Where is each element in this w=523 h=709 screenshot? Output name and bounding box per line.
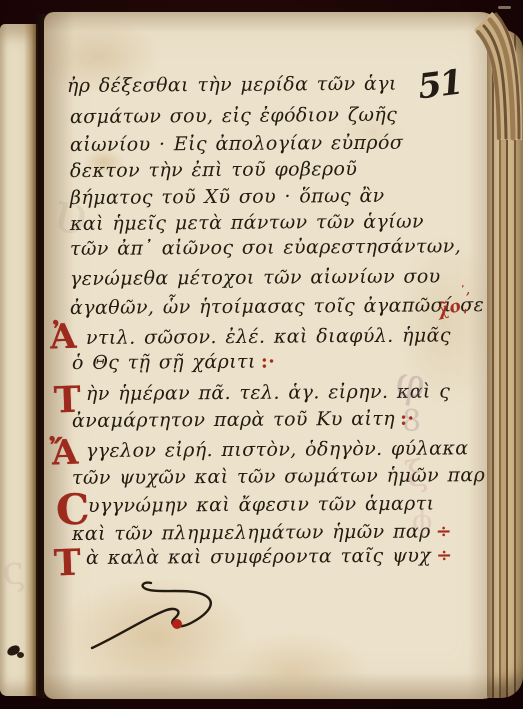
flourish-red-dot bbox=[172, 619, 182, 629]
text-line: τῶν ἀπ᾽ αἰῶνος σοι εὐαρεστησάντων, bbox=[70, 237, 466, 259]
manuscript-photo: 51 ἠρ δέξεσθαι τὴν μερίδα τῶν ἁγι ασμάτω… bbox=[0, 0, 523, 709]
pen-flourish bbox=[84, 578, 244, 654]
text-line: αἰωνίου · Εἰς ἀπολογίαν εὐπρόσ bbox=[70, 134, 408, 155]
text-line: ὴν ἡμέραν πᾶ. τελ. ἁγ. εἰρην. καὶ ς bbox=[86, 382, 455, 404]
text-line: ὰ καλὰ καὶ συμφέροντα ταῖς ψυχ÷ bbox=[86, 546, 453, 568]
text-line: γγελον εἰρή. πιστὸν, ὁδηγὸν. φύλακα bbox=[86, 439, 474, 461]
corner-curl bbox=[438, 0, 523, 140]
text-line: δεκτον τὴν ἐπὶ τοῦ φοβεροῦ bbox=[70, 160, 362, 181]
text-line: υγγνώμην καὶ ἄφεσιν τῶν ἁμαρτι bbox=[88, 495, 440, 516]
text-line: τῶν ψυχῶν καὶ τῶν σωμάτων ἡμῶν παρ÷ bbox=[72, 466, 507, 488]
facing-page-edge bbox=[0, 24, 38, 696]
text-line: καὶ ἡμεῖς μετὰ πάντων τῶν ἁγίων bbox=[70, 212, 429, 234]
rubric-initial: Ϲ bbox=[55, 488, 90, 531]
dust-speck bbox=[498, 6, 511, 9]
text-line: ασμάτων σου, εἰς ἐφόδιον ζωῆς bbox=[70, 106, 402, 127]
text-line: ἠρ δέξεσθαι τὴν μερίδα τῶν ἁγι bbox=[67, 75, 402, 96]
text-line: ὁ Θς τῇ σῇ χάριτι:· bbox=[72, 353, 275, 373]
rubric-initial: Τ bbox=[53, 382, 81, 419]
text-line: ἀναμάρτητον παρὰ τοῦ Κυ αἰτη:· bbox=[72, 410, 415, 431]
rubric-initial: Ἀ bbox=[49, 320, 77, 355]
ink-blot bbox=[17, 652, 24, 658]
manuscript-page: 51 ἠρ δέξεσθαι τὴν μερίδα τῶν ἁγι ασμάτω… bbox=[44, 12, 502, 699]
text-line: βήματος τοῦ Χῦ σου · ὅπως ἂν bbox=[70, 187, 390, 208]
text-line: καὶ τῶν πλημμελημάτων ἡμῶν παρ÷ bbox=[72, 522, 452, 544]
rubric-initial: Ἄ bbox=[49, 436, 78, 471]
rubric-initial: Τ bbox=[53, 545, 81, 582]
text-line: ντιλ. σῶσον. ἐλέ. καὶ διαφύλ. ἡμᾶς bbox=[86, 326, 456, 348]
text-line: γενώμεθα μέτοχοι τῶν αἰωνίων σου bbox=[70, 267, 446, 289]
flourish-stroke bbox=[92, 583, 211, 648]
